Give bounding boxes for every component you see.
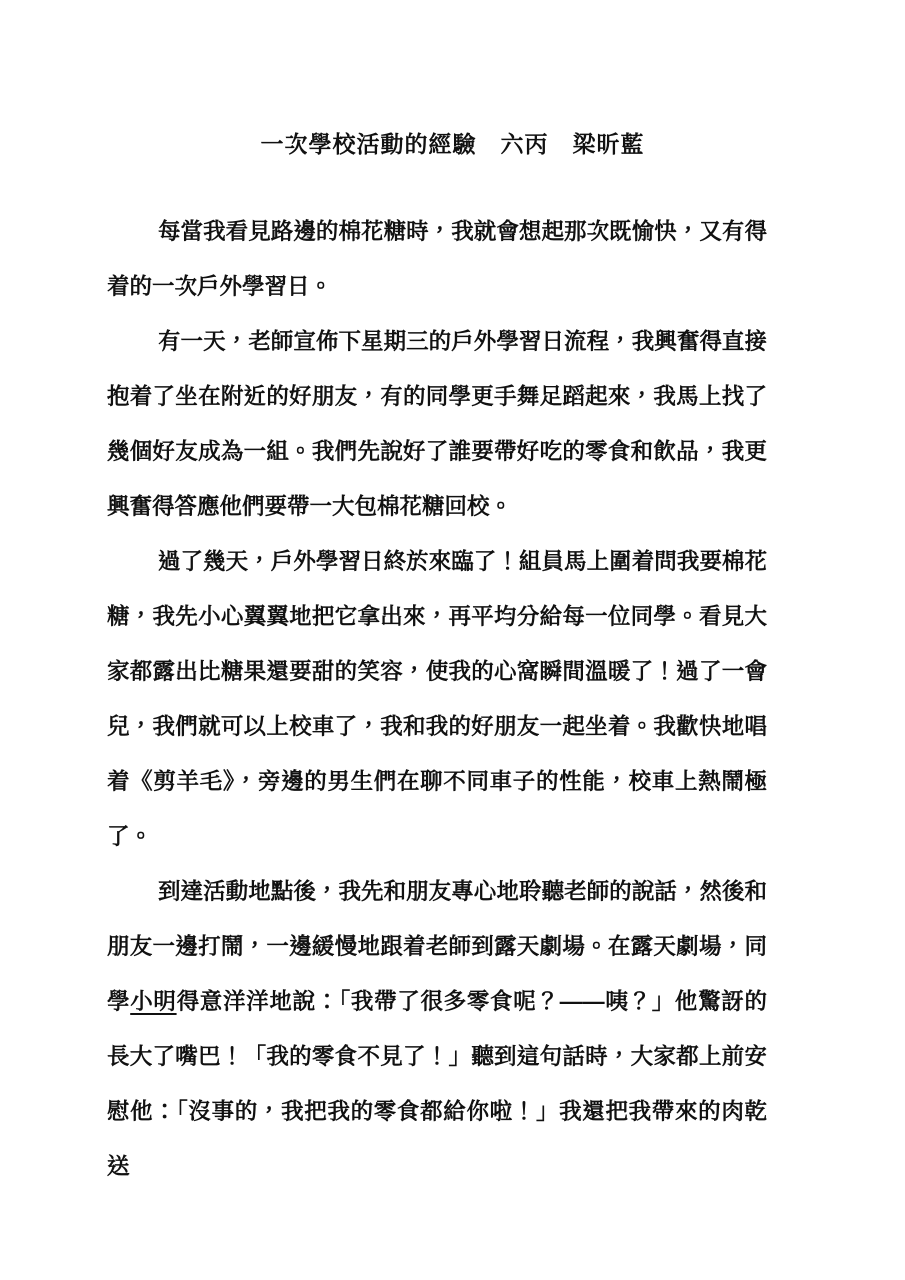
text-segment: 有一天，老師宣佈下星期三的戶外學習日流程，我興奮得直接抱着了坐在附近的好朋友，有…: [107, 329, 767, 519]
document-page: 一次學校活動的經驗 六丙 梁昕藍 每當我看見路邊的棉花糖時，我就會想起那次既愉快…: [0, 0, 905, 1280]
essay-paragraph: 每當我看見路邊的棉花糖時，我就會想起那次既愉快，又有得着的一次戶外學習日。: [107, 204, 767, 314]
essay-body: 每當我看見路邊的棉花糖時，我就會想起那次既愉快，又有得着的一次戶外學習日。有一天…: [107, 204, 767, 1194]
text-segment: 過了幾天，戶外學習日終於來臨了！組員馬上圍着問我要棉花糖，我先小心翼翼地把它拿出…: [107, 549, 767, 849]
essay-paragraph: 有一天，老師宣佈下星期三的戶外學習日流程，我興奮得直接抱着了坐在附近的好朋友，有…: [107, 314, 767, 534]
text-segment: 每當我看見路邊的棉花糖時，我就會想起那次既愉快，又有得着的一次戶外學習日。: [107, 219, 767, 299]
essay-title: 一次學校活動的經驗 六丙 梁昕藍: [0, 0, 905, 160]
essay-paragraph: 到達活動地點後，我先和朋友專心地聆聽老師的說話，然後和朋友一邊打鬧，一邊緩慢地跟…: [107, 864, 767, 1194]
underlined-name: 小明: [130, 989, 176, 1014]
essay-paragraph: 過了幾天，戶外學習日終於來臨了！組員馬上圍着問我要棉花糖，我先小心翼翼地把它拿出…: [107, 534, 767, 864]
text-segment: 得意洋洋地說：「我帶了很多零食呢？——咦？」他驚訝的長大了嘴巴！「我的零食不見了…: [107, 989, 767, 1179]
